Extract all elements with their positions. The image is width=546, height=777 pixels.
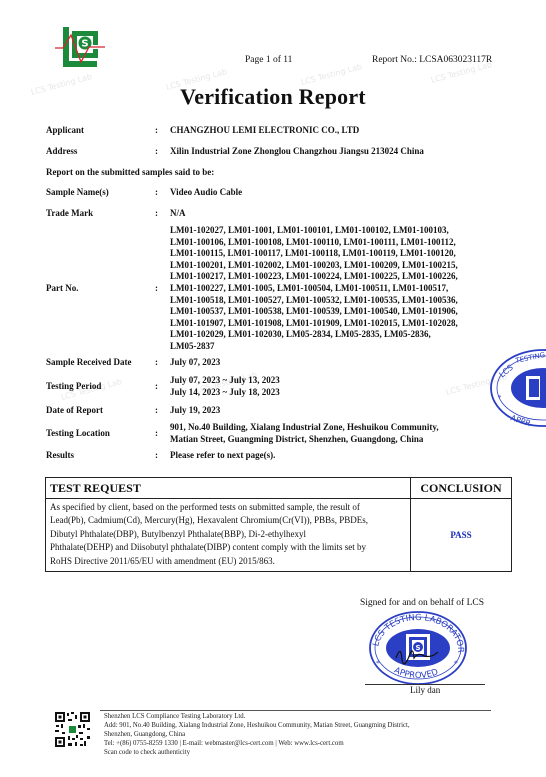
lab-approval-stamp-icon: S LCS TESTING LABORATORY APPROVED * * xyxy=(368,608,468,686)
signer-name: Lily dan xyxy=(410,685,440,695)
page-indicator: Page 1 of 11 xyxy=(245,55,292,65)
page-title: Verification Report xyxy=(0,84,546,110)
part-no-label: Part No. xyxy=(46,283,79,293)
svg-text:S: S xyxy=(415,644,420,652)
results-value: Please refer to next page(s). xyxy=(170,450,275,462)
footer-address-line: Add: 901, No.40 Building, Xialang Indust… xyxy=(104,721,410,730)
svg-text:APPROVED: APPROVED xyxy=(392,666,440,681)
part-no-line: LM01-100227, LM01-1005, LM01-100504, LM0… xyxy=(170,283,500,295)
footer-divider xyxy=(100,710,491,711)
svg-text:*: * xyxy=(454,659,458,668)
test-request-header: TEST REQUEST xyxy=(46,478,411,499)
svg-text:*: * xyxy=(376,659,380,668)
part-no-line: LM01-100201, LM01-102002, LM01-100203, L… xyxy=(170,260,500,272)
date-of-report-value: July 19, 2023 xyxy=(170,405,220,417)
trade-mark-value: N/A xyxy=(170,208,186,220)
address-value: Xilin Industrial Zone Zhonglou Changzhou… xyxy=(170,146,424,158)
svg-text:S: S xyxy=(81,39,88,50)
report-number: Report No.: LCSA063023117R xyxy=(372,55,492,65)
testing-location-value: 901, No.40 Building, Xialang Industrial … xyxy=(170,422,439,445)
testing-location-label: Testing Location xyxy=(46,428,110,438)
svg-text:TESTING: TESTING xyxy=(514,351,546,365)
sample-received-label: Sample Received Date xyxy=(46,357,131,367)
colon: : xyxy=(155,357,158,367)
test-request-table: TEST REQUEST CONCLUSION As specified by … xyxy=(45,477,512,572)
sample-name-value: Video Audio Cable xyxy=(170,187,242,199)
footer-info: Shenzhen LCS Compliance Testing Laborato… xyxy=(104,712,410,757)
request-line: Phthalate(DEHP) and Diisobutyl phthalate… xyxy=(50,541,406,554)
colon: : xyxy=(155,187,158,197)
part-no-line: LM01-102029, LM01-102030, LM05-2834, LM0… xyxy=(170,329,500,341)
footer-contact: Tel: +(86) 0755-8259 1330 | E-mail: webm… xyxy=(104,739,410,748)
request-line: RoHS Directive 2011/65/EU with amendment… xyxy=(50,555,406,568)
part-no-line: LM01-100106, LM01-100108, LM01-100110, L… xyxy=(170,237,500,249)
applicant-label: Applicant xyxy=(46,125,84,135)
colon: : xyxy=(155,450,158,460)
part-no-line: LM05-2837 xyxy=(170,341,500,353)
part-no-line: LM01-101907, LM01-101908, LM01-101909, L… xyxy=(170,318,500,330)
samples-intro: Report on the submitted samples said to … xyxy=(46,167,214,177)
request-line: As specified by client, based on the per… xyxy=(50,501,406,514)
colon: : xyxy=(155,146,158,156)
test-request-text: As specified by client, based on the per… xyxy=(46,499,411,572)
colon: : xyxy=(155,405,158,415)
sample-received-value: July 07, 2023 xyxy=(170,357,220,369)
part-no-line: LM01-100518, LM01-100527, LM01-100532, L… xyxy=(170,295,500,307)
testing-location-line: Matian Street, Guangming District, Shenz… xyxy=(170,434,439,446)
footer-company: Shenzhen LCS Compliance Testing Laborato… xyxy=(104,712,410,721)
part-no-line: LM01-102027, LM01-1001, LM01-100101, LM0… xyxy=(170,225,500,237)
results-label: Results xyxy=(46,450,74,460)
colon: : xyxy=(155,125,158,135)
lcs-logo-icon: S xyxy=(55,27,105,67)
approved-stamp-icon: LCS TESTING APPR * xyxy=(488,348,546,428)
part-no-line: LM01-100115, LM01-100117, LM01-100118, L… xyxy=(170,248,500,260)
testing-period-line: July 14, 2023 ~ July 18, 2023 xyxy=(170,387,280,399)
address-label: Address xyxy=(46,146,77,156)
svg-text:APPR: APPR xyxy=(509,413,532,428)
colon: : xyxy=(155,428,158,438)
footer-address-line: Shenzhen, Guangdong, China xyxy=(104,730,410,739)
part-no-list: LM01-102027, LM01-1001, LM01-100101, LM0… xyxy=(170,225,500,353)
applicant-value: CHANGZHOU LEMI ELECTRONIC CO., LTD xyxy=(170,125,359,137)
request-line: Dibutyl Phthalate(DBP), Butylbenzyl Phth… xyxy=(50,528,406,541)
trade-mark-label: Trade Mark xyxy=(46,208,93,218)
conclusion-pass: PASS xyxy=(411,499,512,572)
part-no-line: LM01-100537, LM01-100538, LM01-100539, L… xyxy=(170,306,500,318)
footer-scan-note: Scan code to check authenticity xyxy=(104,748,410,757)
colon: : xyxy=(155,381,158,391)
colon: : xyxy=(155,208,158,218)
sample-name-label: Sample Name(s) xyxy=(46,187,109,197)
part-no-line: LM01-100217, LM01-100223, LM01-100224, L… xyxy=(170,271,500,283)
signed-on-behalf: Signed for and on behalf of LCS xyxy=(360,598,484,608)
qr-code-icon[interactable] xyxy=(54,711,91,748)
testing-period-label: Testing Period xyxy=(46,381,101,391)
testing-location-line: 901, No.40 Building, Xialang Industrial … xyxy=(170,422,439,434)
testing-period-line: July 07, 2023 ~ July 13, 2023 xyxy=(170,375,280,387)
svg-text:*: * xyxy=(498,394,502,402)
colon: : xyxy=(155,283,158,293)
testing-period-value: July 07, 2023 ~ July 13, 2023 July 14, 2… xyxy=(170,375,280,398)
request-line: Lead(Pb), Cadmium(Cd), Mercury(Hg), Hexa… xyxy=(50,514,406,527)
conclusion-header: CONCLUSION xyxy=(411,478,512,499)
date-of-report-label: Date of Report xyxy=(46,405,103,415)
